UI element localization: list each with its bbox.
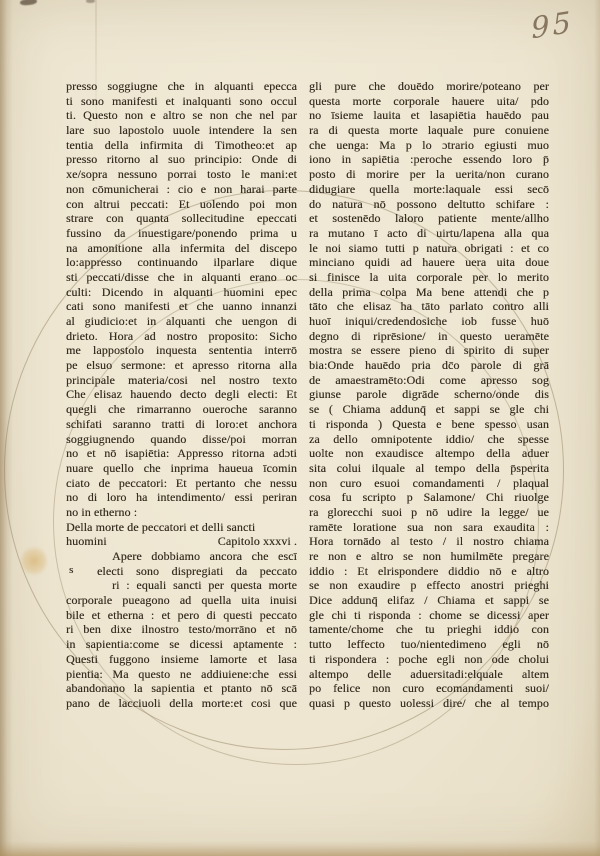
text-line: mostra se essere pieno di spirito di sup… — [309, 343, 549, 358]
text-line: lare suo lapostolo uuole intendere la se… — [66, 123, 297, 138]
text-line: degno di riprēsione/ in questo ueramēte — [309, 329, 549, 344]
text-line: presso ritorno al suo principio: Onde di — [66, 152, 297, 167]
text-line: drieto. Hora ad nostro proposito: Sicho — [66, 329, 297, 344]
paragraph-block: presso soggiugne che in alquanti epeccat… — [66, 79, 297, 505]
ink-speck — [86, 0, 95, 3]
text-line: tutto leffecto tuo/nientedimeno egli nō — [309, 637, 549, 652]
text-line: pano de lacciuoli della morte:et cosi qu… — [66, 696, 297, 711]
text-line: no et nō isapiētia: Appresso ritorna adɔ… — [66, 446, 297, 461]
text-line: ti risponda ) Questa e bene spesso usan — [309, 417, 549, 432]
text-line: bia:Onde hauēdo pria dc̄o parole di grā — [309, 358, 549, 373]
page-right-edge — [594, 0, 600, 856]
chapter-opening-line: ri : equali sancti per questa morte — [66, 578, 297, 593]
text-line: culti: Dicendo in alquanti huomini epec — [66, 285, 297, 300]
text-line: do natura nō possono deltutto schifare : — [309, 197, 549, 212]
text-line: cati sono manifesti et che uanno innanzi — [66, 299, 297, 314]
text-line: ri ben dixe ilnostro testo/morrāno et nō — [66, 622, 297, 637]
book-page-scan: 95 presso soggiugne che in alquanti epec… — [0, 0, 600, 856]
ink-speck — [20, 0, 38, 6]
text-line: principale materia/cosi nel nostro texto — [66, 373, 297, 388]
text-line: ti rispondera : poche egli non ode cholu… — [309, 652, 549, 667]
text-line: ti. Questo non e altro se non che nel pa… — [66, 108, 297, 123]
text-line: Che elisaz hauendo decto degli electi: E… — [66, 387, 297, 402]
text-line: quegli che rimarranno oueroche saranno — [66, 402, 297, 417]
text-line: me lappostolo inquesta sententia interrō — [66, 343, 297, 358]
text-line: nuare quello che inprima haueua īcomin — [66, 461, 297, 476]
text-line: didugiare quella morte:laquale essi secō — [309, 182, 549, 197]
text-line: le noi siamo tutti p natura obrigati : e… — [309, 241, 549, 256]
text-line: giunse parole digrāde scherno/onde dis — [309, 387, 549, 402]
text-line: Questi fuggono insieme lamorte et lasa — [66, 652, 297, 667]
page-bottom-edge — [0, 841, 600, 856]
text-line: lo:appresso continuando ilparlare dique — [66, 255, 297, 270]
paragraph-block: gli pure che douēdo morire/poteano perqu… — [309, 79, 549, 711]
text-line: abandonano la sapientia et ptanto nō scā — [66, 681, 297, 696]
text-line: questa morte corporale hauere uita/ pdo — [309, 94, 549, 109]
text-line: in sapientia:come se dicessi aptamente : — [66, 637, 297, 652]
text-line: po felice non curo ecomandamenti suoi/ — [309, 681, 549, 696]
text-line: no īsieme lauita et lasapiētia hauēdo pa… — [309, 108, 549, 123]
text-line: ra di questa morte laquale pure conuiene — [309, 123, 549, 138]
text-line: corporale pueagono ad quella uita inuisi — [66, 593, 297, 608]
text-line: huoī iniqui/credendosiche iob fusse huō — [309, 314, 549, 329]
text-line: gli pure che douēdo morire/poteano per — [309, 79, 549, 94]
text-line: presso soggiugne che in alquanti epecca — [66, 79, 297, 94]
text-line: sita colui ilquale al tempo della p̄sper… — [309, 461, 549, 476]
left-text-column: presso soggiugne che in alquanti epeccat… — [66, 79, 297, 711]
text-line: ciato de peccatori: Et pertanto che ness… — [66, 476, 297, 491]
text-line: si finisce la uita corporale per lo meri… — [309, 270, 549, 285]
text-line: iddio : Et elrispondere diddio nō e altr… — [309, 564, 549, 579]
text-line: sti peccati/disse che in alquanti erano … — [66, 270, 297, 285]
text-line: soggiugnendo quando disse/poi morran — [66, 432, 297, 447]
text-line: za dello omnipotente iddio/ che spesse — [309, 432, 549, 447]
text-line: tentia della infirmita di Timotheo:et ap — [66, 138, 297, 153]
paragraph-block: corporale pueagono ad quella uita inuisi… — [66, 593, 297, 711]
text-line: pe elsuo sermone: et apresso ritorna all… — [66, 358, 297, 373]
text-line: bile et etherna : et pero di questi pecc… — [66, 608, 297, 623]
text-line: no in etherno : — [66, 505, 297, 520]
text-line: ramēte loratione sua non sara exaudita : — [309, 520, 549, 535]
text-line: uolte non exaudisce altempo della aduer — [309, 446, 549, 461]
right-text-column: gli pure che douēdo morire/poteano perqu… — [309, 79, 549, 711]
text-line: cosa fu scripto p Salamone/ Chi riuolge — [309, 490, 549, 505]
text-line: quasi p questo uolessi dire/ che al temp… — [309, 696, 549, 711]
text-line: na amonitione alla infermita del discepo — [66, 241, 297, 256]
text-line: non cōmunicherai : cio e non harai parte — [66, 182, 297, 197]
text-line: Dice addunq̄ elifaz / Chiama et sappi se — [309, 593, 549, 608]
chapter-title-end: huomini — [66, 534, 107, 549]
text-line: strare con quanta sollecitudine epeccati — [66, 211, 297, 226]
text-line: della prima colpa Ma bene attendi che p — [309, 285, 549, 300]
text-line: non curo esuoi comandamenti / plaqual — [309, 476, 549, 491]
chapter-number-label: Capitolo xxxvi . — [218, 534, 297, 549]
text-line: con altrui peccati: Et uolendo poi mon — [66, 197, 297, 212]
paper-stain — [21, 546, 47, 576]
text-line: al giudicio:et in alquanti che uengon di — [66, 314, 297, 329]
text-line: posto di morire per la uerita/non curano — [309, 167, 549, 182]
text-line: schifati saranno tratti di loro:et ancho… — [66, 417, 297, 432]
text-line: tāto che elisaz ha tāto parlato contro a… — [309, 299, 549, 314]
chapter-heading-line: huomini Capitolo xxxvi . — [66, 534, 297, 549]
text-line: fussino da inuestigare/ponendo prima u — [66, 226, 297, 241]
text-line: ra mutano ī acto di uirtu/lapena alla qu… — [309, 226, 549, 241]
text-line: no di loro ha intendimento/ essi periran — [66, 490, 297, 505]
text-line: pientia: Ma questo ne addiuiene:che essi — [66, 667, 297, 682]
text-line: iono in sapiētia :peroche essendo loro p… — [309, 152, 549, 167]
text-line: Hora tornādo al testo / il nostro chiama — [309, 534, 549, 549]
text-line: et sostenēdo laloro patiente mente/allho — [309, 211, 549, 226]
text-line: de amaestramēto:Odi come apresso sog — [309, 373, 549, 388]
text-line: re non e altro se non humilmēte pregare — [309, 549, 549, 564]
text-line: tamente/chome che tu prieghi iddio con — [309, 622, 549, 637]
text-line: ti sono manifesti et inalquanti sono occ… — [66, 94, 297, 109]
page-left-edge — [0, 0, 13, 856]
chapter-opening-line: Apere dobbiamo ancora che escī — [66, 549, 297, 564]
initial-guide-letter: s — [69, 563, 73, 578]
chapter-opening-line: electi sono dispregiati da peccato — [66, 564, 297, 579]
text-line: gle chi ti risponda : chome se dicessi a… — [309, 608, 549, 623]
text-line: altempo delle aduersitadi:elquale altem — [309, 667, 549, 682]
text-line: che uenga: Ma p lo ɔtrario egiusti muo — [309, 138, 549, 153]
text-line: ra glorecchi suoi p nō udire la legge/ u… — [309, 505, 549, 520]
folio-number: 95 — [530, 5, 574, 46]
text-line: se ( Chiama addunq̄ et sappi se gle chi — [309, 402, 549, 417]
text-line: minciano quidi ad hauere uera uita doue — [309, 255, 549, 270]
text-line: xe/sopra nessuno porrai tosto le mani:et — [66, 167, 297, 182]
text-line: se non exaudire p effecto anostri priegh… — [309, 578, 549, 593]
chapter-heading-line: Della morte de peccatori et delli sancti — [66, 520, 297, 535]
